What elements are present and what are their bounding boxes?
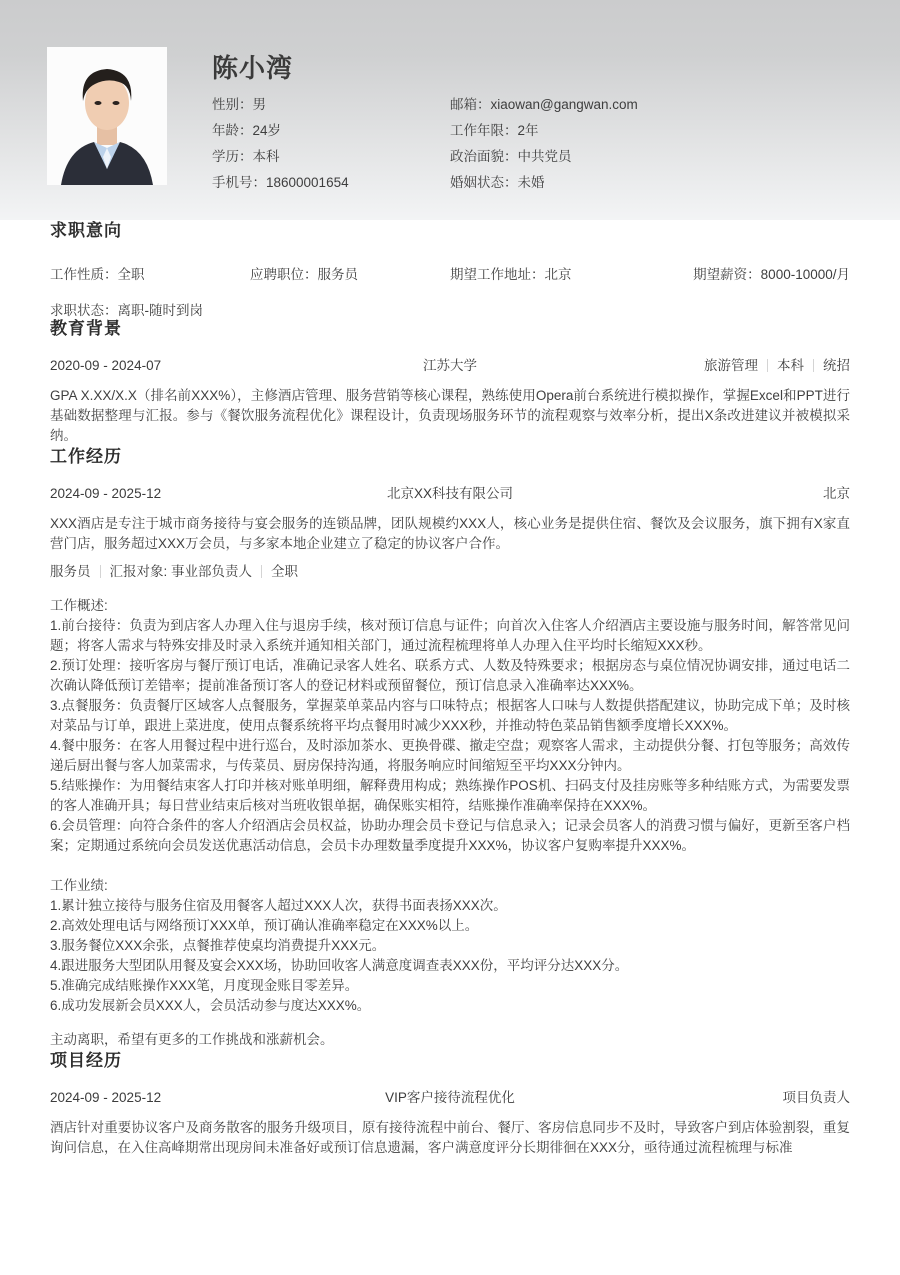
field-experience-years: 工作年限：2年 xyxy=(450,118,638,144)
field-education: 学历：本科 xyxy=(212,144,349,170)
resume-page: 陈小湾 性别：男 年龄：24岁 学历：本科 手机号：18600001654 邮箱… xyxy=(0,0,900,1158)
work-achievement-item: 5.准确完成结账操作XXX笔，月度现金账目零差异。 xyxy=(50,976,850,996)
field-job-nature-value: 全职 xyxy=(118,267,145,282)
section-job-intention: 求职意向 工作性质：全职 应聘职位：服务员 期望工作地址：北京 期望薪资：800… xyxy=(50,220,850,318)
profile-photo xyxy=(47,47,167,185)
work-achievements-block: 工作业绩: 1.累计独立接待与服务住宿及用餐客人超过XXX人次，获得书面表扬XX… xyxy=(50,876,850,1016)
header-info-right: 邮箱：xiaowan@gangwan.com 工作年限：2年 政治面貌：中共党员… xyxy=(450,92,638,196)
divider xyxy=(261,565,262,578)
education-detail: 旅游管理本科统招 xyxy=(620,358,850,373)
field-education-value: 本科 xyxy=(253,149,280,164)
work-overview-item: 4.餐中服务：在客人用餐过程中进行巡台，及时添加茶水、更换骨碟、撤走空盘；观察客… xyxy=(50,736,850,776)
work-achievement-item: 4.跟进服务大型团队用餐及宴会XXX场，协助回收客人满意度调查表XXX份，平均评… xyxy=(50,956,850,976)
section-title-job-intention: 求职意向 xyxy=(50,220,850,242)
field-email-value: xiaowan@gangwan.com xyxy=(491,97,638,112)
work-position: 服务员 xyxy=(50,564,91,579)
work-overview-item: 2.预订处理：接听客房与餐厅预订电话，准确记录客人姓名、联系方式、人数及特殊要求… xyxy=(50,656,850,696)
company-introduction: XXX酒店是专注于城市商务接待与宴会服务的连锁品牌，团队规模约XXX人，核心业务… xyxy=(50,514,850,554)
field-political-status-value: 中共党员 xyxy=(518,149,572,164)
field-education-label: 学历： xyxy=(212,149,253,164)
section-education: 教育背景 2020-09 - 2024-07 江苏大学 旅游管理本科统招 GPA… xyxy=(50,318,850,446)
field-job-status-value: 离职-随时到岗 xyxy=(118,303,204,318)
field-expected-salary-label: 期望薪资： xyxy=(693,267,761,282)
education-degree: 本科 xyxy=(777,358,804,373)
field-target-location: 期望工作地址：北京 xyxy=(450,267,693,282)
field-job-status: 求职状态：离职-随时到岗 xyxy=(50,303,203,318)
section-title-project-experience: 项目经历 xyxy=(50,1050,850,1072)
field-target-position: 应聘职位：服务员 xyxy=(250,267,450,282)
work-overview-block: 工作概述: 1.前台接待：负责为到店客人办理入住与退房手续，核对预订信息与证件；… xyxy=(50,596,850,856)
project-description: 酒店针对重要协议客户及商务散客的服务升级项目，原有接待流程中前台、餐厅、客房信息… xyxy=(50,1118,850,1158)
work-achievement-item: 2.高效处理电话与网络预订XXX单，预订确认准确率稳定在XXX%以上。 xyxy=(50,916,850,936)
work-overview-item: 6.会员管理：向符合条件的客人介绍酒店会员权益，协助办理会员卡登记与信息录入；记… xyxy=(50,816,850,856)
field-experience-years-value: 2年 xyxy=(518,123,539,138)
education-meta-row: 2020-09 - 2024-07 江苏大学 旅游管理本科统招 xyxy=(50,358,850,373)
work-achievement-item: 1.累计独立接待与服务住宿及用餐客人超过XXX人次，获得书面表扬XXX次。 xyxy=(50,896,850,916)
work-overview-item: 1.前台接待：负责为到店客人办理入住与退房手续，核对预订信息与证件；向首次入住客… xyxy=(50,616,850,656)
field-target-location-label: 期望工作地址： xyxy=(450,267,545,282)
section-title-education: 教育背景 xyxy=(50,318,850,340)
field-phone: 手机号：18600001654 xyxy=(212,170,349,196)
field-gender-value: 男 xyxy=(253,97,267,112)
project-meta-row: 2024-09 - 2025-12 VIP客户接待流程优化 项目负责人 xyxy=(50,1090,850,1105)
field-expected-salary: 期望薪资：8000-10000/月 xyxy=(693,267,850,282)
field-marital-status-value: 未婚 xyxy=(518,175,545,190)
field-phone-label: 手机号： xyxy=(212,175,266,190)
candidate-name: 陈小湾 xyxy=(212,48,293,85)
education-admission-type: 统招 xyxy=(823,358,850,373)
work-overview-item: 3.点餐服务：负责餐厅区域客人点餐服务，掌握菜单菜品内容与口味特点；根据客人口味… xyxy=(50,696,850,736)
field-marital-status-label: 婚姻状态： xyxy=(450,175,518,190)
field-target-position-label: 应聘职位： xyxy=(250,267,318,282)
divider xyxy=(767,359,768,372)
field-job-nature-label: 工作性质： xyxy=(50,267,118,282)
work-meta-row: 2024-09 - 2025-12 北京XX科技有限公司 北京 xyxy=(50,486,850,501)
work-company: 北京XX科技有限公司 xyxy=(280,486,620,501)
field-political-status: 政治面貌：中共党员 xyxy=(450,144,638,170)
project-role: 项目负责人 xyxy=(620,1090,850,1105)
field-age: 年龄：24岁 xyxy=(212,118,349,144)
field-expected-salary-value: 8000-10000/月 xyxy=(761,267,850,282)
work-overview-label: 工作概述: xyxy=(50,596,850,616)
resume-header: 陈小湾 性别：男 年龄：24岁 学历：本科 手机号：18600001654 邮箱… xyxy=(0,0,900,220)
job-intention-row-1: 工作性质：全职 应聘职位：服务员 期望工作地址：北京 期望薪资：8000-100… xyxy=(50,267,850,282)
education-major: 旅游管理 xyxy=(704,358,758,373)
field-gender: 性别：男 xyxy=(212,92,349,118)
divider xyxy=(813,359,814,372)
work-overview-item: 5.结账操作：为用餐结束客人打印并核对账单明细，解释费用构成；熟练操作POS机、… xyxy=(50,776,850,816)
field-job-status-label: 求职状态： xyxy=(50,303,118,318)
field-experience-years-label: 工作年限： xyxy=(450,123,518,138)
resume-body: 求职意向 工作性质：全职 应聘职位：服务员 期望工作地址：北京 期望薪资：800… xyxy=(0,220,900,1158)
work-achievement-item: 6.成功发展新会员XXX人，会员活动参与度达XXX%。 xyxy=(50,996,850,1016)
field-email: 邮箱：xiaowan@gangwan.com xyxy=(450,92,638,118)
section-project-experience: 项目经历 2024-09 - 2025-12 VIP客户接待流程优化 项目负责人… xyxy=(50,1050,850,1158)
job-intention-row-2: 求职状态：离职-随时到岗 xyxy=(50,303,850,318)
leave-reason: 主动离职，希望有更多的工作挑战和涨薪机会。 xyxy=(50,1030,850,1050)
work-location: 北京 xyxy=(620,486,850,501)
field-target-position-value: 服务员 xyxy=(318,267,359,282)
field-political-status-label: 政治面貌： xyxy=(450,149,518,164)
field-phone-value: 18600001654 xyxy=(266,175,349,190)
field-marital-status: 婚姻状态：未婚 xyxy=(450,170,638,196)
work-job-type: 全职 xyxy=(271,564,298,579)
header-info-left: 性别：男 年龄：24岁 学历：本科 手机号：18600001654 xyxy=(212,92,349,196)
section-title-work-experience: 工作经历 xyxy=(50,446,850,468)
project-period: 2024-09 - 2025-12 xyxy=(50,1090,280,1105)
project-name: VIP客户接待流程优化 xyxy=(280,1090,620,1105)
field-age-value: 24岁 xyxy=(253,123,282,138)
section-work-experience: 工作经历 2024-09 - 2025-12 北京XX科技有限公司 北京 XXX… xyxy=(50,446,850,1050)
divider xyxy=(100,565,101,578)
portrait-image xyxy=(47,47,167,185)
field-target-location-value: 北京 xyxy=(545,267,572,282)
work-role-row: 服务员汇报对象: 事业部负责人全职 xyxy=(50,563,850,581)
field-job-nature: 工作性质：全职 xyxy=(50,267,250,282)
field-email-label: 邮箱： xyxy=(450,97,491,112)
education-school: 江苏大学 xyxy=(280,358,620,373)
work-report-to: 汇报对象: 事业部负责人 xyxy=(110,564,253,579)
field-age-label: 年龄： xyxy=(212,123,253,138)
work-period: 2024-09 - 2025-12 xyxy=(50,486,280,501)
work-achievement-item: 3.服务餐位XXX余张，点餐推荐使桌均消费提升XXX元。 xyxy=(50,936,850,956)
work-achievements-label: 工作业绩: xyxy=(50,876,850,896)
education-description: GPA X.XX/X.X（排名前XXX%），主修酒店管理、服务营销等核心课程，熟… xyxy=(50,386,850,446)
education-period: 2020-09 - 2024-07 xyxy=(50,358,280,373)
field-gender-label: 性别： xyxy=(212,97,253,112)
